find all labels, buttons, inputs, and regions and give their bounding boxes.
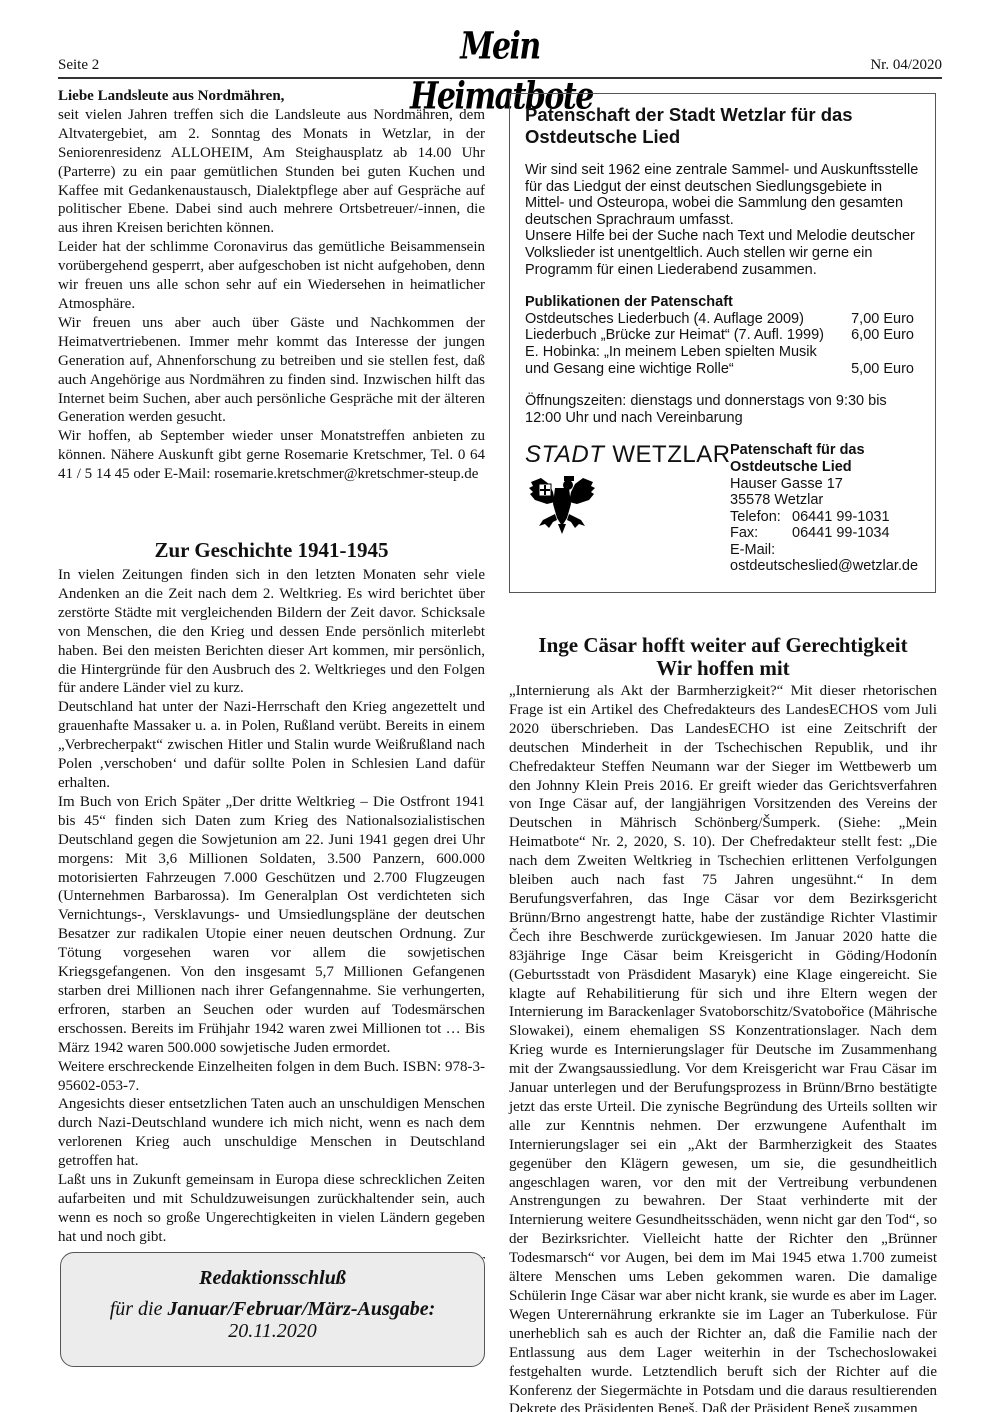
contact-fax-row: Fax: 06441 99-1034 [730,525,918,542]
city-word-wetzlar: WETZLAR [612,441,730,468]
article-paragraph: In vielen Zeitungen finden sich in den l… [58,566,485,698]
contact-city: 35578 Wetzlar [730,492,918,509]
city-word-stadt: STADT [525,441,604,468]
caesar-article-title: Inge Cäsar hofft weiter auf Gerechtigkei… [509,634,937,680]
caesar-title-line1: Inge Cäsar hofft weiter auf Gerechtigkei… [538,633,907,657]
deadline-issue-months: Januar/Februar/März-Ausgabe: [167,1298,435,1320]
publication-price: 6,00 Euro [851,327,920,344]
history-article-title: Zur Geschichte 1941-1945 [58,538,485,562]
letter-paragraph: Wir hoffen, ab September wieder unser Mo… [58,427,485,484]
publication-price: 5,00 Euro [851,361,920,378]
fax-label: Fax: [730,525,792,542]
contact-phone-row: Telefon: 06441 99-1031 [730,509,918,526]
article-paragraph: Angesichts dieser entsetzlichen Taten au… [58,1095,485,1171]
email-label: E-Mail: [730,542,918,559]
patenschaft-box: Patenschaft der Stadt Wetzlar für das Os… [509,93,936,593]
email-address: ostdeutscheslied@wetzlar.de [730,558,918,575]
phone-label: Telefon: [730,509,792,526]
publication-row: Ostdeutsches Liederbuch (4. Auflage 2009… [525,311,920,328]
editorial-deadline-box: Redaktionsschluß für die Januar/Februar/… [60,1252,485,1367]
fax-number: 06441 99-1034 [792,525,890,542]
publication-price: 7,00 Euro [851,311,920,328]
contact-org-line2: Ostdeutsche Lied [730,459,918,476]
publications-heading: Publikationen der Patenschaft [525,294,920,311]
article-paragraph: Laßt uns in Zukunft gemeinsam in Europa … [58,1171,485,1247]
header-rule [58,77,942,79]
article-paragraph: Weitere erschreckende Einzelheiten folge… [58,1058,485,1096]
publication-row: Liederbuch „Brücke zur Heimat“ (7. Aufl.… [525,327,920,344]
deadline-prefix: für die [110,1298,168,1320]
left-column: Liebe Landsleute aus Nordmähren, seit vi… [58,87,485,1270]
patenschaft-intro: Wir sind seit 1962 eine zentrale Sammel-… [525,162,920,278]
article-paragraph: Deutschland hat unter der Nazi-Herrschaf… [58,698,485,793]
opening-hours: Öffnungszeiten: dienstags und donnerstag… [525,393,920,426]
caesar-title-line2: Wir hoffen mit [656,656,789,680]
publication-row: und Gesang eine wichtige Rolle“ 5,00 Eur… [525,361,920,378]
deadline-issue-line: für die Januar/Februar/März-Ausgabe: [61,1298,484,1320]
letter-paragraph: Wir freuen uns aber auch über Gäste und … [58,314,485,427]
letter-section: Liebe Landsleute aus Nordmähren, seit vi… [58,87,485,484]
history-article: Zur Geschichte 1941-1945 In vielen Zeitu… [58,538,485,1270]
deadline-title: Redaktionsschluß [61,1267,484,1290]
letter-heading: Liebe Landsleute aus Nordmähren, [58,87,485,106]
contact-block: STADTWETZLAR [525,442,920,575]
city-name: STADTWETZLAR [525,442,730,468]
page-number: Seite 2 [58,57,99,74]
phone-number: 06441 99-1031 [792,509,890,526]
letter-paragraph: seit vielen Jahren treffen sich die Land… [58,106,485,238]
contact-street: Hauser Gasse 17 [730,476,918,493]
issue-number: Nr. 04/2020 [870,57,942,74]
caesar-article: Inge Cäsar hofft weiter auf Gerechtigkei… [509,634,937,1412]
patenschaft-title: Patenschaft der Stadt Wetzlar für das Os… [525,104,920,148]
masthead-logo: Mein Heimatbote [410,22,590,80]
patenschaft-intro-2: Unsere Hilfe bei der Suche nach Text und… [525,228,915,277]
patenschaft-intro-1: Wir sind seit 1962 eine zentrale Sammel-… [525,162,918,228]
publication-title: E. Hobinka: „In meinem Leben spielten Mu… [525,344,817,361]
contact-info: Patenschaft für das Ostdeutsche Lied Hau… [730,442,918,575]
deadline-date: 20.11.2020 [61,1320,484,1342]
publication-row: E. Hobinka: „In meinem Leben spielten Mu… [525,344,920,361]
city-logo-block: STADTWETZLAR [525,442,730,575]
publication-title: und Gesang eine wichtige Rolle“ [525,361,734,378]
contact-org-line1: Patenschaft für das [730,442,918,459]
letter-paragraph: Leider hat der schlimme Coronavirus das … [58,238,485,314]
publication-title: Liederbuch „Brücke zur Heimat“ (7. Aufl.… [525,327,824,344]
article-paragraph: Im Buch von Erich Später „Der dritte Wel… [58,793,485,1058]
publication-title: Ostdeutsches Liederbuch (4. Auflage 2009… [525,311,804,328]
eagle-coat-of-arms-icon [527,474,597,536]
caesar-article-body: „Internierung als Akt der Barmherzigkeit… [509,682,937,1412]
